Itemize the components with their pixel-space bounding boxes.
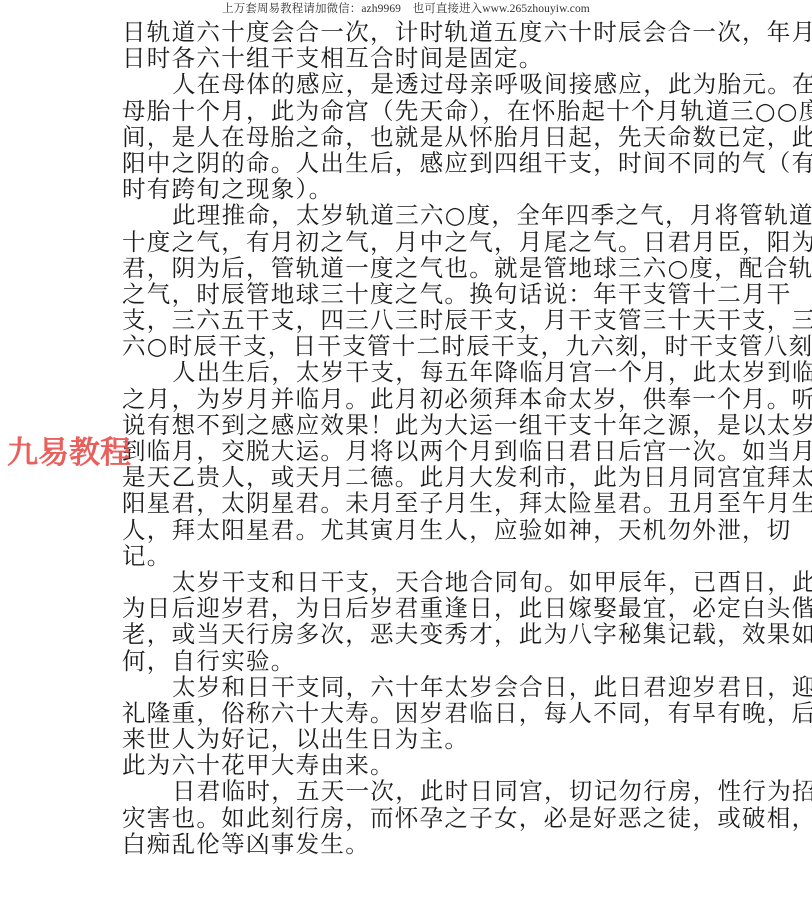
text-line: 记。	[122, 543, 696, 569]
paragraph-start-line: 人出生后，太岁干支，每五年降临月宫一个月，此太岁到临	[122, 359, 696, 385]
paragraph-start-line: 日君临时，五天一次，此时日同宫，切记勿行房，性行为招	[122, 778, 696, 804]
paragraph-start-line: 太岁和日干支同，六十年太岁会合日，此日君迎岁君日，迎	[122, 674, 696, 700]
text-line: 为日后迎岁君，为日后岁君重逢日，此日嫁娶最宜，必定白头偕	[122, 595, 696, 621]
text-line: 之气，时辰管地球三十度之气。换句话说：年干支管十二月干	[122, 281, 696, 307]
paragraph-start-line: 太岁干支和日干支，天合地合同旬。如甲辰年，已酉日，此	[122, 569, 696, 595]
paragraph-start-line: 此理推命，太岁轨道三六○度，全年四季之气，月将管轨道三	[122, 202, 696, 228]
text-line: 时有跨旬之现象）。	[122, 176, 696, 202]
text-line: 说有想不到之感应效果！此为大运一组干支十年之源，是以太岁	[122, 412, 696, 438]
text-line: 母胎十个月，此为命宫（先天命），在怀胎起十个月轨道三○○度	[122, 98, 696, 124]
text-line: 日轨道六十度会合一次，计时轨道五度六十时辰会合一次，年月	[122, 19, 696, 45]
text-line: 支，三六五干支，四三八三时辰干支，月干支管三十天干支，三	[122, 307, 696, 333]
page-header-banner: 上万套周易教程请加微信：azh9969 也可直接进入www.265zhouyiw…	[0, 2, 812, 16]
text-line: 阳星君，太阴星君。未月至子月生，拜太险星君。丑月至午月生	[122, 490, 696, 516]
text-line: 君，阴为后，管轨道一度之气也。就是管地球三六○度，配合轨道	[122, 255, 696, 281]
text-line: 阳中之阴的命。人出生后，感应到四组干支，时间不同的气（有	[122, 150, 696, 176]
paragraph-start-line: 人在母体的感应，是透过母亲呼吸间接感应，此为胎元。在	[122, 71, 696, 97]
text-line: 到临月，交脱大运。月将以两个月到临日君日后宫一次。如当月	[122, 438, 696, 464]
text-line: 何，自行实验。	[122, 648, 696, 674]
text-line: 来世人为好记，以出生日为主。	[122, 726, 696, 752]
text-line: 礼隆重，俗称六十大寿。因岁君临日，每人不同，有早有晚，后	[122, 700, 696, 726]
text-line: 白痴乱伦等凶事发生。	[122, 831, 696, 857]
watermark-logo: 九易教程	[7, 434, 131, 472]
text-line: 灾害也。如此刻行房，而怀孕之子女，必是好恶之徒，或破相，	[122, 805, 696, 831]
text-line: 日时各六十组干支相互合时间是固定。	[122, 45, 696, 71]
text-line: 人，拜太阳星君。尤其寅月生人，应验如神，天机勿外泄，切	[122, 517, 696, 543]
document-body: 日轨道六十度会合一次，计时轨道五度六十时辰会合一次，年月 日时各六十组干支相互合…	[122, 19, 696, 857]
text-line: 老，或当天行房多次，恶夫变秀才，此为八字秘集记载，效果如	[122, 621, 696, 647]
text-line: 此为六十花甲大寿由来。	[122, 752, 696, 778]
text-line: 间，是人在母胎之命，也就是从怀胎月日起，先天命数已定，此	[122, 124, 696, 150]
text-line: 六○时辰干支，日干支管十二时辰干支，九六刻，时干支管八刻。	[122, 333, 696, 359]
text-line: 之月，为岁月并临月。此月初必须拜本命太岁，供奉一个月。听	[122, 386, 696, 412]
text-line: 十度之气，有月初之气，月中之气，月尾之气。日君月臣，阳为	[122, 229, 696, 255]
text-line: 是天乙贵人，或天月二德。此月大发利市，此为日月同宫宜拜太	[122, 464, 696, 490]
